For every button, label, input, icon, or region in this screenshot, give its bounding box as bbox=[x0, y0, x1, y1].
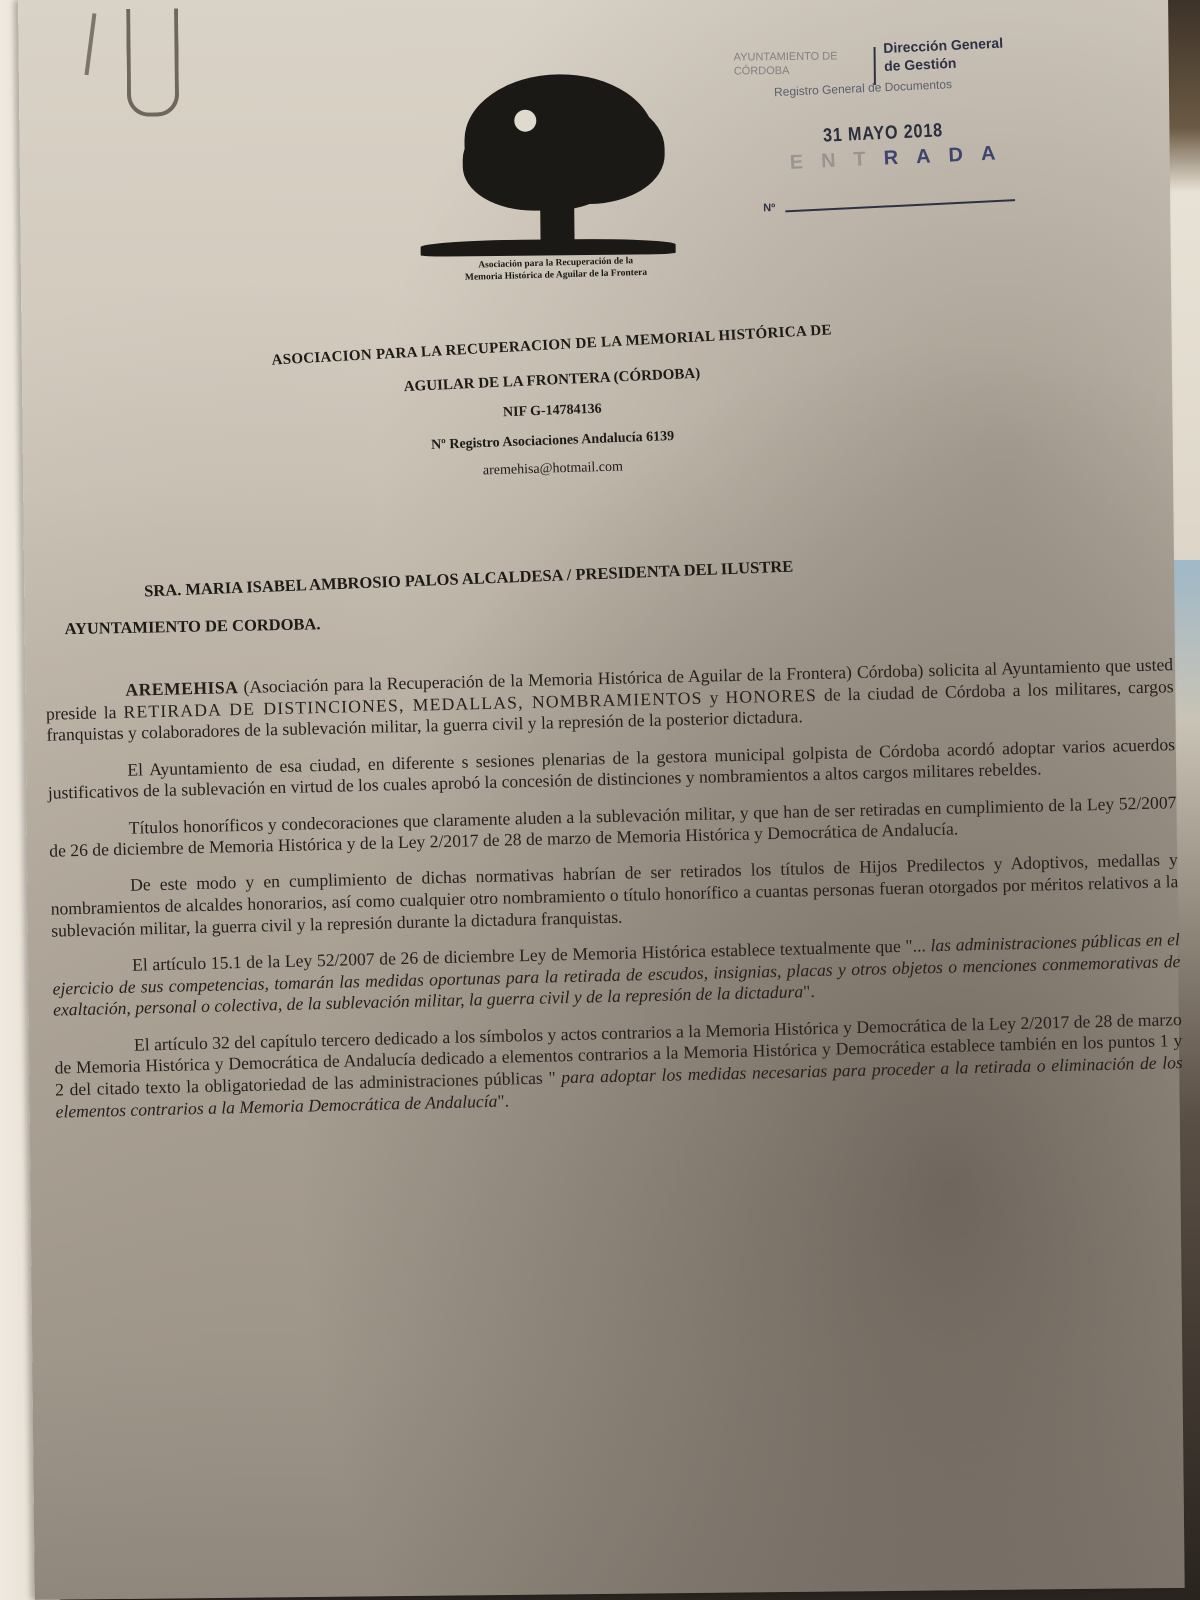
stamp-entrada-faint: ENT bbox=[789, 148, 884, 174]
stamp-divider bbox=[874, 47, 876, 85]
paragraph-6-text-b: ". bbox=[497, 1090, 509, 1110]
paragraph-5-text-b: ". bbox=[803, 981, 815, 1001]
letter-body: AREMEHISA (Asociación para la Recuperaci… bbox=[45, 654, 1184, 1137]
recipient: SRA. MARIA ISABEL AMBROSIO PALOS ALCALDE… bbox=[64, 568, 1125, 639]
stamp-institution: AYUNTAMIENTO DE CÓRDOBA bbox=[734, 49, 874, 78]
paperclip-loop-icon bbox=[126, 8, 179, 117]
stamp-date: 31 MAYO 2018 bbox=[823, 120, 944, 147]
tree-icon bbox=[464, 73, 655, 205]
paragraph-1-caps-b: HONORES bbox=[725, 685, 817, 707]
tree-light-spot bbox=[514, 110, 536, 132]
paragraph-4: De este modo y en cumplimiento de dichas… bbox=[50, 850, 1179, 943]
paragraph-6: El artículo 32 del capítulo tercero dedi… bbox=[54, 1009, 1184, 1123]
logo-caption: Asociación para la Recuperación de la Me… bbox=[406, 253, 707, 285]
stamp-registry: Registro General de Documentos bbox=[774, 77, 953, 99]
paragraph-1: AREMEHISA (Asociación para la Recuperaci… bbox=[45, 654, 1174, 747]
stamp-direction: Dirección General de Gestión bbox=[883, 34, 1004, 75]
paragraph-5: El artículo 15.1 de la Ley 52/2007 de 26… bbox=[52, 929, 1181, 1022]
association-logo: Asociación para la Recuperación de la Me… bbox=[404, 53, 707, 306]
association-header: ASOCIACION PARA LA RECUPERACION DE LA ME… bbox=[162, 330, 943, 481]
paperclip-icon bbox=[84, 13, 96, 75]
registry-stamp: AYUNTAMIENTO DE CÓRDOBA Dirección Genera… bbox=[733, 33, 1035, 236]
paragraph-1-text-b: y bbox=[702, 687, 725, 708]
paragraph-2: El Ayuntamiento de esa ciudad, en difere… bbox=[47, 734, 1176, 805]
paragraph-3: Títulos honoríficos y condecoraciones qu… bbox=[49, 792, 1178, 863]
tree-ground bbox=[421, 238, 676, 257]
document-page: Asociación para la Recuperación de la Me… bbox=[18, 0, 1185, 1600]
stamp-entrada-text: RADA bbox=[883, 142, 1014, 170]
stamp-number-line bbox=[785, 199, 1015, 212]
stamp-number-label: Nº bbox=[763, 202, 775, 214]
paragraph-6-text-a: El artículo 32 del capítulo tercero dedi… bbox=[54, 1009, 1182, 1100]
acronym: AREMEHISA bbox=[125, 677, 238, 700]
